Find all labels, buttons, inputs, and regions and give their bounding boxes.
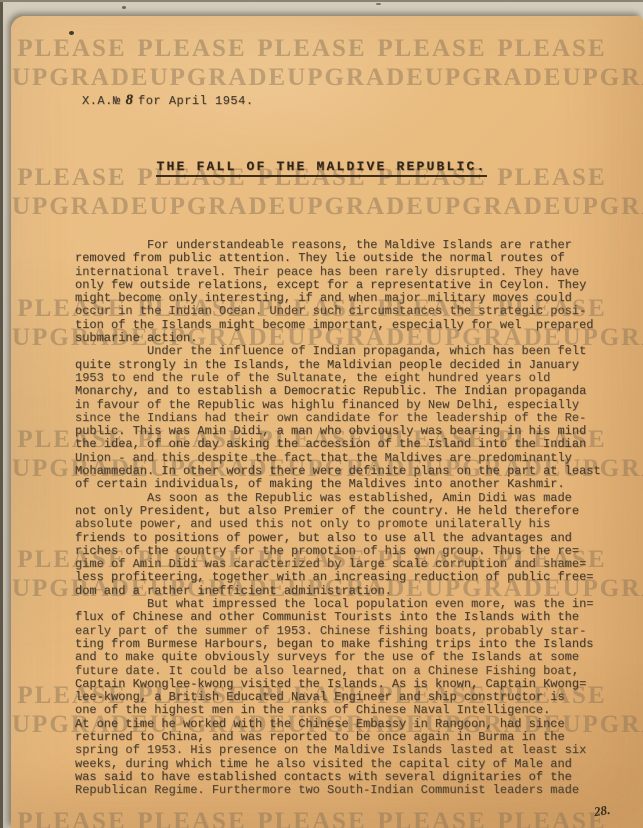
text-line: As soon as the Republic was established,… <box>75 492 635 505</box>
ink-speck <box>69 31 74 35</box>
text-line: might become only interesting, if and wh… <box>75 292 635 305</box>
text-line: of certain individuals, of making the Ma… <box>75 478 635 491</box>
paragraph: Under the influence of Indian propaganda… <box>75 345 635 491</box>
text-line: dom and a rather inefficient administrat… <box>75 585 635 598</box>
text-line: spring of 1953. His presence on the Mald… <box>75 744 635 757</box>
text-line: was said to have established contacts wi… <box>75 771 635 784</box>
text-line: early part of the summer of 1953. Chines… <box>75 625 635 638</box>
paragraph: As soon as the Republic was established,… <box>75 492 635 598</box>
text-line: removed from public attention. They lie … <box>75 252 635 265</box>
text-line: lee-kwong, a British Educated Naval Engi… <box>75 691 635 704</box>
text-line: international travel. Their peace has be… <box>75 266 635 279</box>
text-line: friends to positions of power, but also … <box>75 532 635 545</box>
text-line: absolute power, and used this not only t… <box>75 518 635 531</box>
text-line: returned to China, and was reported to b… <box>75 731 635 744</box>
text-line: not only President, but also Premier of … <box>75 505 635 518</box>
text-line: less profiteering, together with an incr… <box>75 571 635 584</box>
text-line: tion of the Islands might become importa… <box>75 319 635 332</box>
document-reference: X.A.№8for April 1954. <box>82 92 254 109</box>
text-line: the idea, of one day asking the accessio… <box>75 438 635 451</box>
text-line: Under the influence of Indian propaganda… <box>75 345 635 358</box>
text-line: and to make quite obviously surveys for … <box>75 651 635 664</box>
scan-background: PLEASEPLEASEPLEASEPLEASEPLEASEUPGRADEUPG… <box>0 0 643 828</box>
title-row: THE FALL OF THE MALDIVE REPUBLIC. <box>0 157 643 177</box>
page-title: THE FALL OF THE MALDIVE REPUBLIC. <box>156 159 486 177</box>
paragraph: For understandeable reasons, the Maldive… <box>75 239 635 345</box>
text-line: Mohammedan. In other words there were de… <box>75 465 635 478</box>
text-line: future date. It could be also learned, t… <box>75 665 635 678</box>
text-line: Captain Kwonglee-kwong visited the Islan… <box>75 678 635 691</box>
text-line: quite strongly in the Islands, the Maldi… <box>75 359 635 372</box>
reference-suffix: for April 1954. <box>138 94 254 108</box>
reference-prefix: X.A.№ <box>82 94 121 108</box>
text-line: since the Indians had their own candidat… <box>75 412 635 425</box>
text-line: riches of the country for the promotion … <box>75 545 635 558</box>
ink-speck <box>376 3 381 5</box>
reference-number-handwritten: 8 <box>126 92 134 108</box>
text-line: Monarchy, and to establish a Democratic … <box>75 385 635 398</box>
page-number-handwritten: 28. <box>593 802 612 820</box>
document-body: For understandeable reasons, the Maldive… <box>75 239 635 797</box>
text-line: But what impressed the local population … <box>75 598 635 611</box>
text-line: Republican Regime. Furthermore two South… <box>75 784 635 797</box>
text-line: 1953 to end the rule of the Sultanate, t… <box>75 372 635 385</box>
text-line: in favour of the Republic was highlu fin… <box>75 399 635 412</box>
text-line: weeks, during which time he also visited… <box>75 758 635 771</box>
text-line: public. This was Amin Didi, a man who ob… <box>75 425 635 438</box>
text-line: Union - and this despite the fact that t… <box>75 452 635 465</box>
text-line: ting from Burmese Harbours, began to mak… <box>75 638 635 651</box>
text-line: only few outside relations, except for a… <box>75 279 635 292</box>
text-line: submarine action. <box>75 332 635 345</box>
text-line: For understandeable reasons, the Maldive… <box>75 239 635 252</box>
paragraph: But what impressed the local population … <box>75 598 635 797</box>
text-line: At one time he worked with the Chinese E… <box>75 718 635 731</box>
text-line: flux of Chinese and other Communist Tour… <box>75 611 635 624</box>
ink-speck <box>122 6 126 9</box>
text-line: occur in the Indian Ocean. Under such ci… <box>75 305 635 318</box>
text-line: gime of Amin Didi was caracterized by la… <box>75 558 635 571</box>
text-line: one of the highest men in the ranks of C… <box>75 704 635 717</box>
